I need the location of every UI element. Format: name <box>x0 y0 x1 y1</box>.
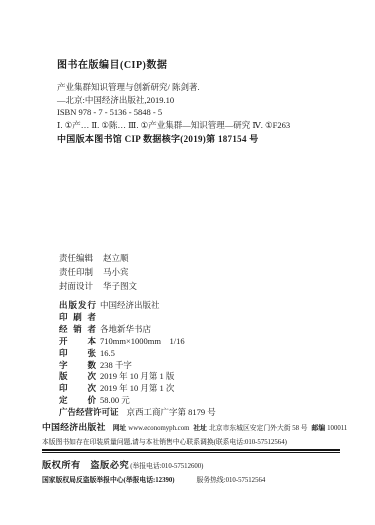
staff-row-editor: 责任编辑赵立顺 <box>59 251 137 265</box>
copyright-hotline: (举报电话:010-57512600) <box>130 463 203 470</box>
cip-block: 图书在版编目(CIP)数据 产业集群知识管理与创新研究/ 陈剑著. —北京:中国… <box>57 56 335 145</box>
pub-row-ad-license: 广告经营许可证京西工商广字第 8179 号 <box>59 407 216 419</box>
cip-publisher-line: —北京:中国经济出版社,2019.10 <box>57 94 335 107</box>
pub-label: 印 张 <box>59 348 96 360</box>
pub-row-distributor: 经 销 者各地新华书店 <box>59 324 216 336</box>
pub-label: 字 数 <box>59 360 96 372</box>
pub-value: 710mm×1000mm 1/16 <box>100 336 185 346</box>
pub-value: 16.5 <box>100 348 115 358</box>
cip-heading: 图书在版编目(CIP)数据 <box>57 56 335 71</box>
postcode-label: 邮编 <box>312 425 326 432</box>
pub-row-price: 定 价58.00 元 <box>59 395 216 407</box>
anti-piracy-line: 国家版权局反盗版举报中心(举报电话:12390)服务热线:010-5751256… <box>42 474 340 484</box>
pub-value: 238 千字 <box>100 360 132 370</box>
footer-block: 中国经济出版社网址www.economyph.com社址北京市东城区安定门外大街… <box>42 420 340 484</box>
staff-value: 马小宾 <box>103 267 129 277</box>
copyright-line: 版权所有 盗版必究(举报电话:010-57512600) <box>42 457 340 471</box>
double-rule <box>42 449 340 453</box>
address-label: 社址 <box>193 425 207 432</box>
postcode-value: 100011 <box>327 425 347 432</box>
pub-row-word-count: 字 数238 千字 <box>59 360 216 372</box>
publisher-contact-line: 中国经济出版社网址www.economyph.com社址北京市东城区安定门外大街… <box>42 420 340 433</box>
staff-value: 赵立顺 <box>103 253 129 263</box>
pub-label: 广告经营许可证 <box>59 407 119 419</box>
website-label: 网址 <box>113 425 127 432</box>
pub-value: 58.00 元 <box>100 395 130 405</box>
staff-label: 责任印制 <box>59 265 93 279</box>
staff-row-cover-design: 封面设计华子图文 <box>59 279 137 293</box>
staff-label: 封面设计 <box>59 279 93 293</box>
website-url: www.economyph.com <box>128 425 189 432</box>
copyright-statement: 版权所有 盗版必究 <box>42 460 129 470</box>
pub-row-publisher: 出版发行中国经济出版社 <box>59 300 216 312</box>
service-hotline: 服务热线:010-57512564 <box>197 477 266 484</box>
staff-value: 华子图文 <box>103 281 137 291</box>
pub-label: 印 刷 者 <box>59 312 96 324</box>
pub-row-edition: 版 次2019 年 10 月第 1 版 <box>59 371 216 383</box>
cip-isbn-line: ISBN 978 - 7 - 5136 - 5848 - 5 <box>57 106 335 119</box>
pub-row-impression: 印 次2019 年 10 月第 1 次 <box>59 383 216 395</box>
publisher-name: 中国经济出版社 <box>42 422 106 432</box>
address-value: 北京市东城区安定门外大街 58 号 <box>209 425 308 432</box>
pub-value: 各地新华书店 <box>100 324 151 334</box>
staff-row-printing: 责任印制马小宾 <box>59 265 137 279</box>
pub-label: 开 本 <box>59 336 96 348</box>
cip-record-number: 中国版本图书馆 CIP 数据核字(2019)第 187154 号 <box>57 132 335 145</box>
pub-label: 定 价 <box>59 395 96 407</box>
pub-value: 2019 年 10 月第 1 次 <box>100 383 174 393</box>
cip-title-line: 产业集群知识管理与创新研究/ 陈剑著. <box>57 81 335 94</box>
publication-details-block: 出版发行中国经济出版社 印 刷 者 经 销 者各地新华书店 开 本710mm×1… <box>59 300 216 419</box>
pub-label: 出版发行 <box>59 300 96 312</box>
pub-label: 印 次 <box>59 383 96 395</box>
pub-value: 京西工商广字第 8179 号 <box>127 407 216 417</box>
quality-note: 本版图书如存在印装质量问题,请与本社销售中心联系调换(联系电话:010-5751… <box>42 436 340 446</box>
rule-thin <box>42 452 340 453</box>
pub-value: 2019 年 10 月第 1 版 <box>100 371 174 381</box>
report-center-text: 国家版权局反盗版举报中心(举报电话:12390) <box>42 477 175 484</box>
staff-label: 责任编辑 <box>59 251 93 265</box>
rule-thick <box>42 449 340 451</box>
staff-credits-block: 责任编辑赵立顺 责任印制马小宾 封面设计华子图文 <box>59 251 137 293</box>
cip-classification-line: Ⅰ. ①产… Ⅱ. ①陈… Ⅲ. ①产业集群—知识管理—研究 Ⅳ. ①F263 <box>57 119 335 132</box>
pub-label: 经 销 者 <box>59 324 96 336</box>
pub-row-format: 开 本710mm×1000mm 1/16 <box>59 336 216 348</box>
pub-label: 版 次 <box>59 371 96 383</box>
pub-value: 中国经济出版社 <box>100 300 160 310</box>
pub-row-printer: 印 刷 者 <box>59 312 216 324</box>
pub-row-sheets: 印 张16.5 <box>59 348 216 360</box>
